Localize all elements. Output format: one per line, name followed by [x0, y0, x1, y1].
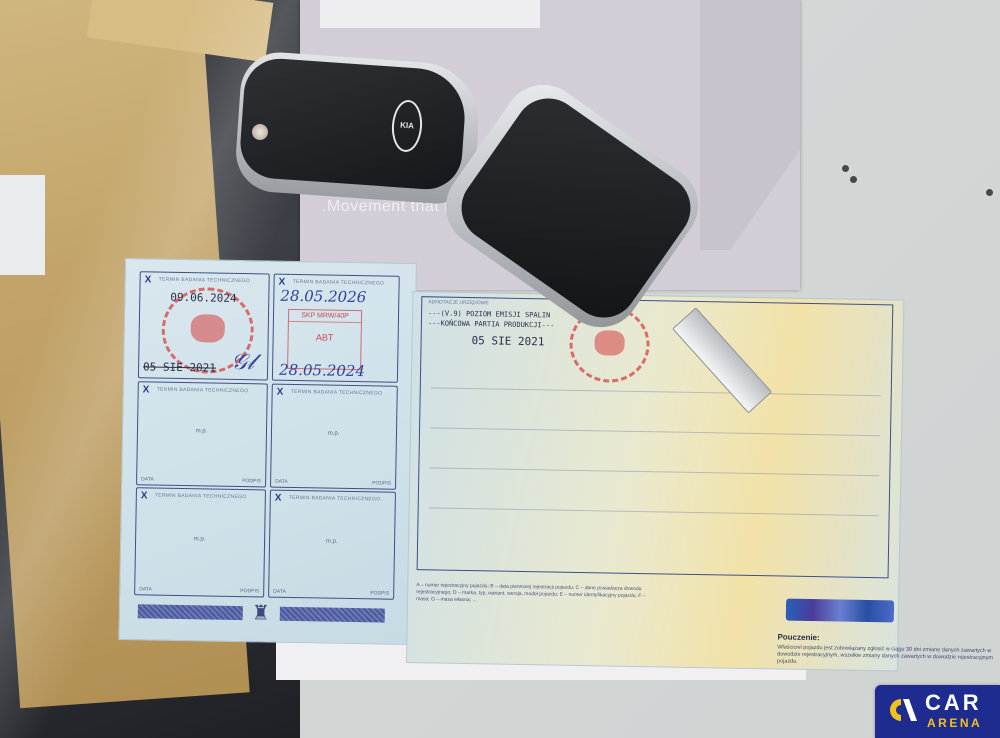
- date-stamp: 05 SIE 2021: [143, 360, 216, 374]
- signature-label: PODPIS: [242, 478, 261, 484]
- notice-title: Pouczenie:: [777, 632, 819, 642]
- seal-placeholder: m.p.: [194, 536, 206, 542]
- inspection-cell: X TERMIN BADANIA TECHNICZNEGO 28.05.2026…: [272, 274, 400, 383]
- signature: 𝒢𝓁: [231, 350, 254, 375]
- document-right-page: ADNOTACJE URZĘDOWE ---(V.9) POZIOM EMISJ…: [406, 291, 904, 672]
- cell-mark: X: [143, 384, 150, 395]
- brand-name-primary: CAR: [925, 690, 982, 716]
- station-code: ABT: [289, 332, 361, 343]
- handwritten-date: 28.05.2026: [280, 287, 366, 306]
- cell-mark: X: [141, 490, 148, 501]
- ruled-line: [429, 467, 879, 476]
- key-body: [448, 85, 704, 331]
- date-label: DATA: [141, 476, 154, 482]
- cell-header: TERMIN BADANIA TECHNICZNEGO: [157, 387, 249, 395]
- key-release-button: [252, 124, 268, 140]
- surface-dot: [986, 189, 993, 196]
- key-body: [238, 56, 468, 191]
- cell-header: TERMIN BADANIA TECHNICZNEGO: [159, 277, 251, 285]
- legal-text: A – numer rejestracyjny pojazdu; B – dat…: [416, 582, 646, 607]
- car-key-fob: KIA: [238, 58, 478, 198]
- ruled-line: [430, 427, 880, 436]
- date-label: DATA: [275, 479, 288, 485]
- cell-mark: X: [145, 274, 152, 285]
- inspection-cell: X TERMIN BADANIA TECHNICZNEGO m.p. DATA …: [136, 381, 268, 487]
- cell-header: TERMIN BADANIA TECHNICZNEGO: [291, 389, 383, 397]
- surface-dot: [842, 165, 849, 172]
- hologram-sticker: [786, 599, 894, 623]
- car-arena-logo-icon: [887, 695, 917, 725]
- stamp-date: 09.06.2024: [170, 291, 236, 305]
- document-left-page: X TERMIN BADANIA TECHNICZNEGO 09.06.2024…: [118, 258, 417, 645]
- security-band: [138, 604, 243, 620]
- cell-mark: X: [277, 387, 284, 398]
- seal-placeholder: m.p.: [326, 538, 338, 544]
- station-stamp-name: SKP MRW/40P: [289, 310, 361, 323]
- handwritten-date: 28.05.2024: [279, 361, 365, 380]
- inspection-cell: X TERMIN BADANIA TECHNICZNEGO m.p. DATA …: [268, 490, 396, 600]
- signature-label: PODPIS: [370, 590, 389, 596]
- brand-name-secondary: ARENA: [927, 716, 982, 730]
- ruled-line: [431, 387, 881, 396]
- car-arena-watermark: CAR ARENA: [875, 685, 1000, 738]
- inspection-cell: X TERMIN BADANIA TECHNICZNEGO 09.06.2024…: [138, 271, 270, 380]
- security-band: [280, 607, 385, 623]
- polish-eagle-emblem-icon: ♜: [248, 599, 274, 627]
- date-label: DATA: [139, 586, 152, 592]
- inspection-cell: X TERMIN BADANIA TECHNICZNEGO m.p. DATA …: [134, 487, 266, 597]
- cell-mark: X: [275, 493, 282, 504]
- cell-header: TERMIN BADANIA TECHNICZNEGO: [155, 493, 247, 501]
- notice-body: Właściciel pojazdu jest zobowiązany zgło…: [777, 644, 1000, 669]
- brochure-paper: [320, 0, 540, 28]
- inspection-cell: X TERMIN BADANIA TECHNICZNEGO m.p. DATA …: [270, 384, 398, 490]
- seal-placeholder: m.p.: [328, 430, 340, 436]
- seal-placeholder: m.p.: [196, 428, 208, 434]
- signature-label: PODPIS: [240, 588, 259, 594]
- ruled-line: [429, 507, 879, 516]
- cell-header: TERMIN BADANIA TECHNICZNEGO: [289, 495, 381, 503]
- cell-header: TERMIN BADANIA TECHNICZNEGO: [293, 279, 385, 287]
- surface-dot: [850, 176, 857, 183]
- car-key-fob: [462, 98, 712, 348]
- signature-label: PODPIS: [372, 480, 391, 486]
- date-label: DATA: [273, 589, 286, 595]
